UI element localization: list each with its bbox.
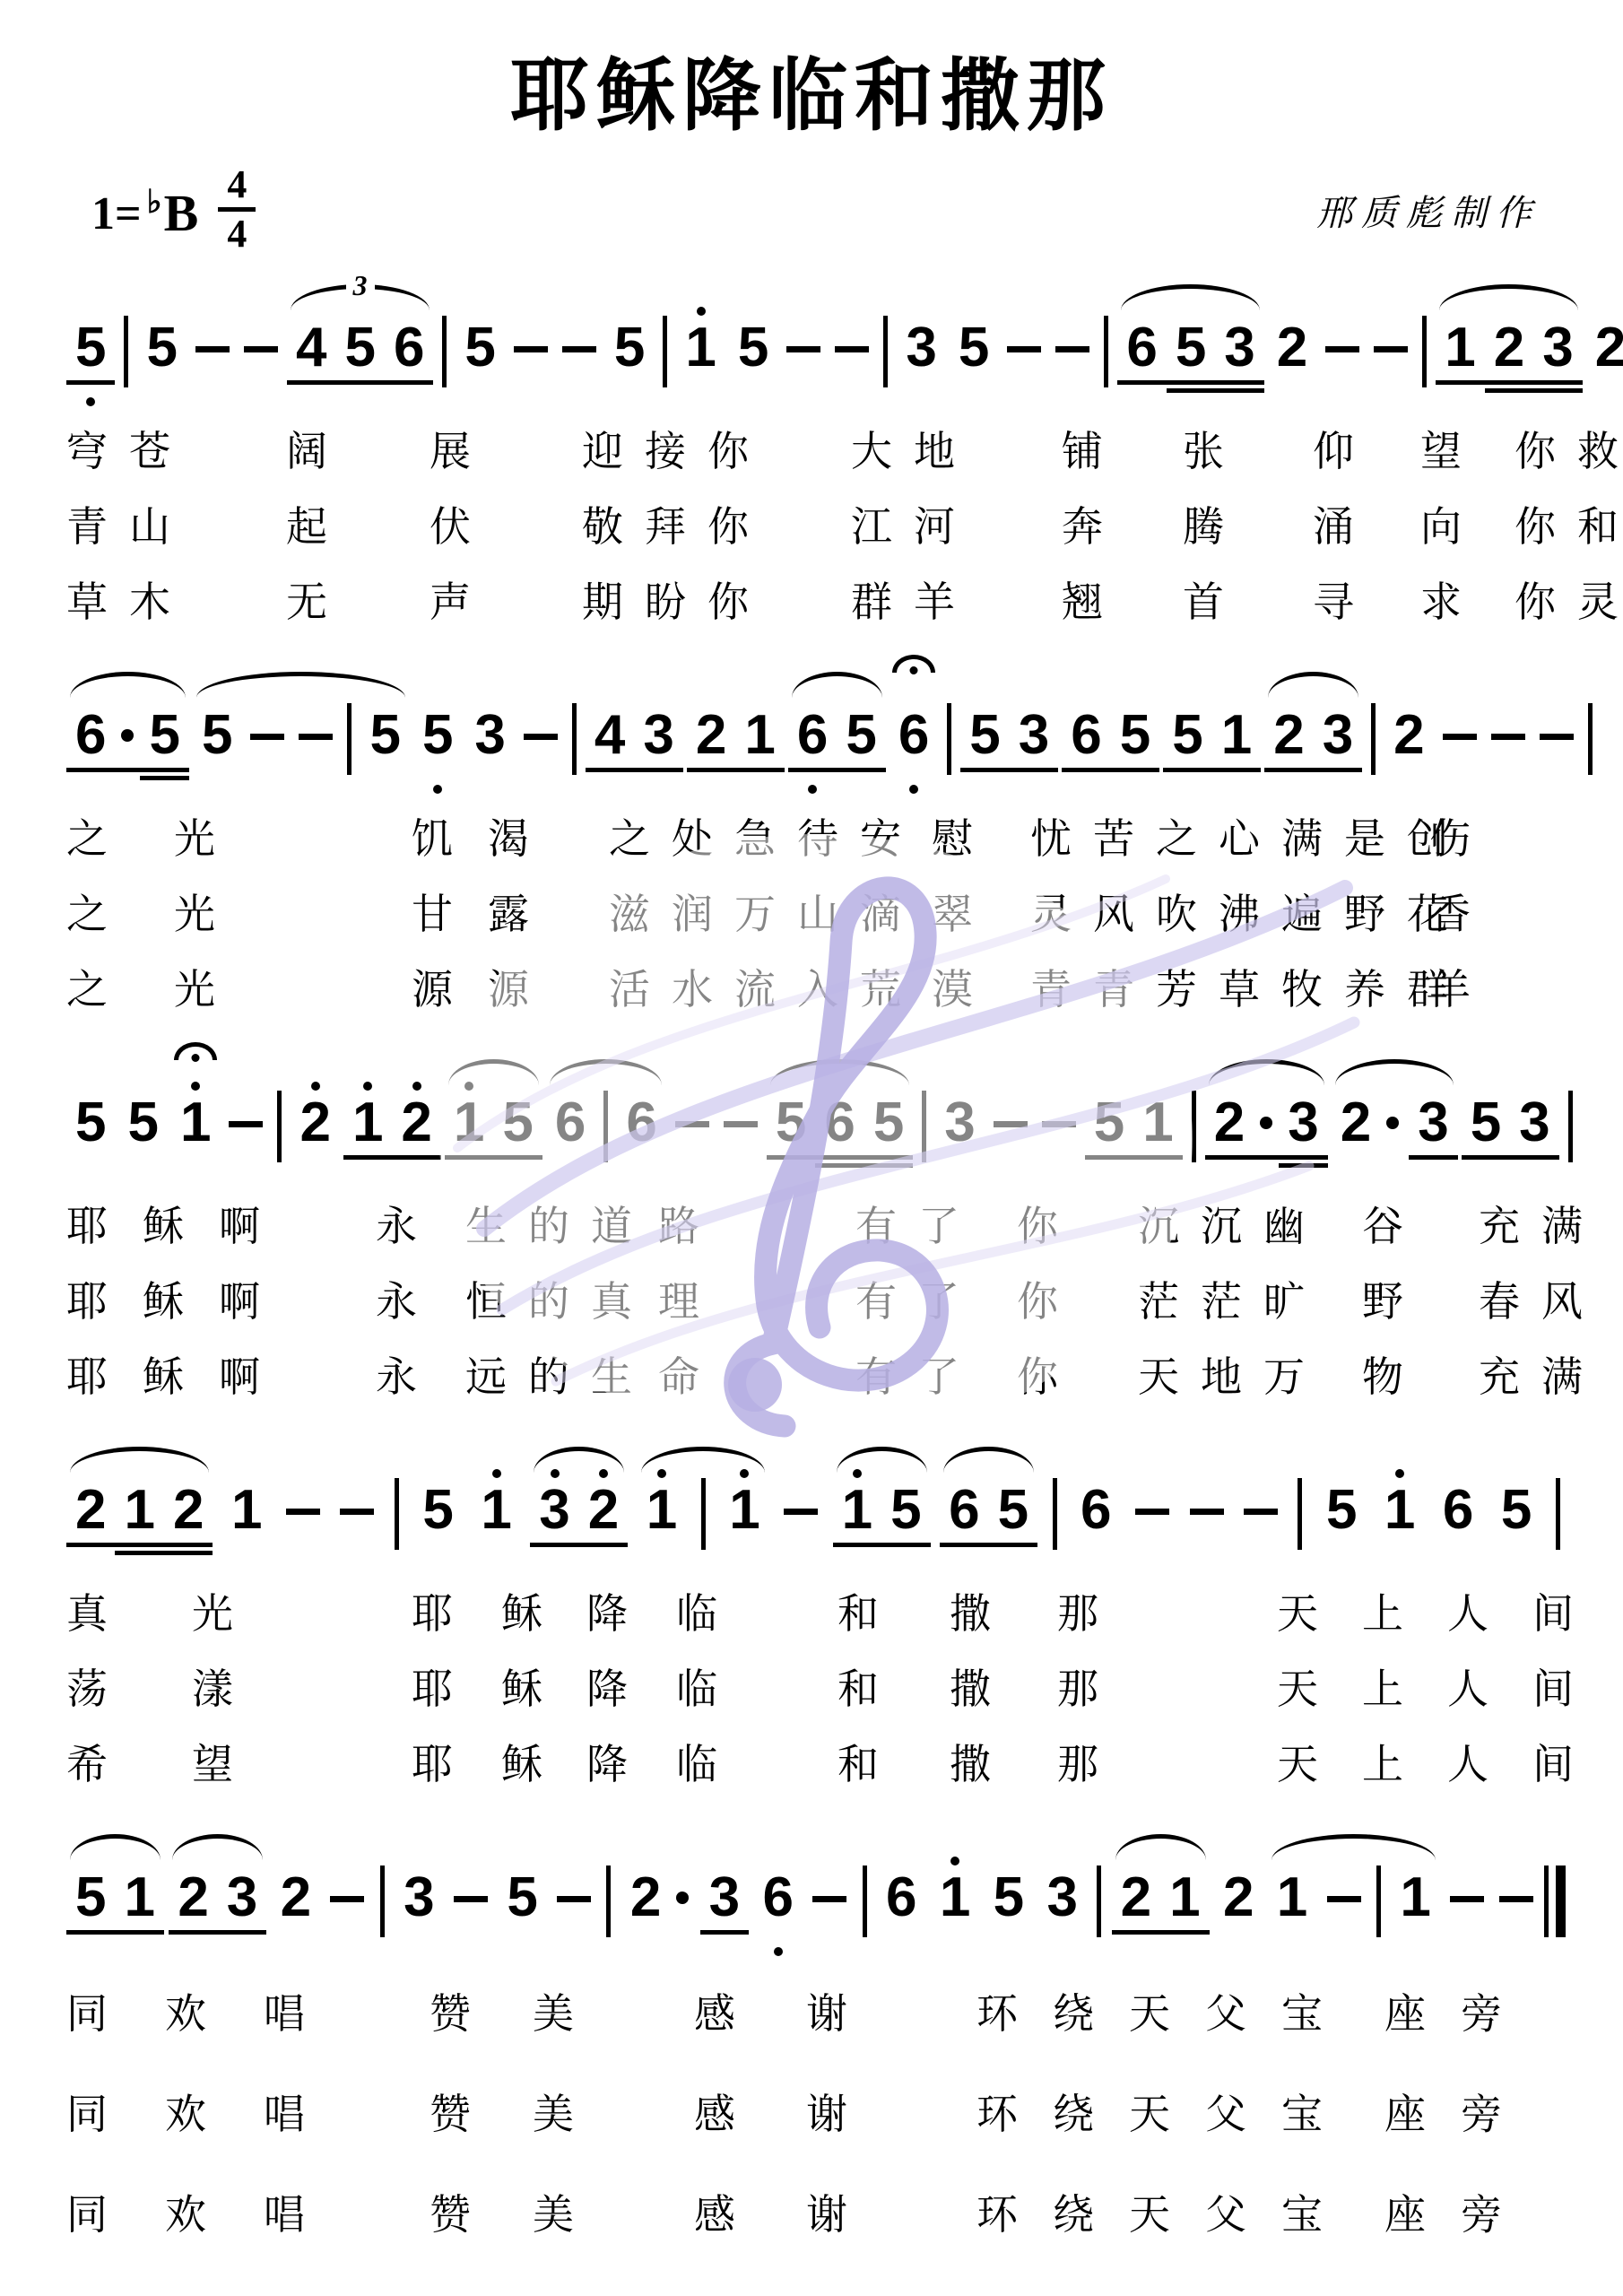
note-digit: 2 [579,1482,628,1539]
octave-dot-below-slot [1314,782,1362,796]
duration-dash [250,734,284,740]
beam-underline-slot [753,1926,802,1944]
note-cluster: 51 [1085,1078,1183,1184]
note-cluster: 1 [472,1465,520,1571]
beam-underline-slot [66,1539,115,1557]
lyric-word: 翘 [1062,570,1183,629]
beam-underline-slot [1462,1152,1510,1170]
slur-arc [70,672,186,698]
note-digit: 2 [164,1482,213,1539]
lyric-word: 仰 [1313,419,1420,478]
note-cluster: 23 [1264,691,1362,796]
beam-underline-slot [890,764,938,782]
note-digit: 3 [1215,319,1263,377]
barline [277,1091,282,1162]
octave-dot-below-slot [1163,782,1211,796]
eighth-beam-line [1111,768,1159,772]
lyric-word: 荡 [66,1657,192,1716]
lyric-word: 稣 [143,1194,219,1253]
eighth-beam-line [164,1543,213,1547]
octave-dot-below-slot [1376,1557,1424,1571]
lyric-word: 之 [66,882,174,941]
lyric-word: 物 [1362,1344,1479,1404]
note-cluster: 32 [530,1465,628,1571]
octave-dot-below-slot [1533,395,1582,409]
octave-dot-below-slot [985,1944,1033,1959]
eighth-beam-line [634,768,682,772]
octave-dot-below-slot [788,782,837,796]
lyric-word: 美 [533,2082,694,2141]
note-segment: 2 [291,1078,339,1184]
beam-underline-slot [1380,1152,1405,1170]
high-octave-dot [412,1082,421,1091]
lyric-word: 你 [1017,1344,1138,1404]
high-octave-dot [363,1082,372,1091]
low-octave-dot [433,785,442,794]
note-digit: 1 [638,1482,686,1539]
lyric-word: 漠 [932,957,1030,1016]
note-digit: 5 [456,319,504,377]
note-digit: 3 [530,1482,578,1539]
lyric-word: 有了 [855,1194,1017,1253]
beam-underline-slot [193,764,241,782]
note-cluster: 6 [890,691,938,796]
note-digit: 4 [586,707,634,764]
barline [1376,1865,1381,1937]
duration-dash [330,1896,364,1902]
lyric-word: 声 [430,570,582,629]
final-bar-thin [1544,1865,1549,1937]
octave-dot-below-slot [950,395,998,409]
lyric-word: 环 [976,1981,1053,2040]
duration-dash [1007,346,1041,352]
lyric-word: 羊 [1429,957,1623,1016]
note-cluster: 1 [676,303,725,409]
note-cluster: 53 [960,691,1058,796]
barline [1371,703,1376,775]
note-digit: 5 [1492,1482,1541,1539]
beam-underline-slot [1062,764,1110,782]
lyric-word: 上 [1362,1657,1447,1716]
note-digit: 6 [1434,1482,1482,1539]
octave-dot-below-slot [579,1557,628,1571]
note-digit: 1 [115,1482,163,1539]
note-segment: 6 [815,1078,864,1184]
augmentation-dot [670,1869,695,1926]
lyric-word: 有了 [855,1269,1017,1328]
note-cluster: 5 [456,303,504,409]
beam-underline-slot [1533,377,1582,395]
note-segment [1380,1078,1405,1184]
low-octave-dot [774,1947,783,1956]
note-cluster: 23 [1205,1078,1328,1184]
slur-arc [792,672,882,698]
octave-dot-below-slot [169,1944,217,1959]
beam-underline-slot [1391,1926,1439,1944]
slur-arc [1271,1834,1436,1860]
octave-dot-below-slot [617,1170,665,1184]
lyric-word: 临 [676,1581,838,1640]
eighth-beam-line [1167,380,1215,385]
duration-dash [229,1121,263,1127]
note-digit: 3 [1510,1094,1558,1152]
beam-underline-slot [1112,1926,1160,1944]
duration-dash [524,734,558,740]
barline [701,1478,706,1550]
beam-underline-slot [950,377,998,395]
note-segment: 4 [586,691,634,796]
note-digit: 5 [985,1869,1033,1926]
note-digit: 2 [1214,1869,1263,1926]
note-segment: 3 [218,1853,266,1959]
song-title: 耶稣降临和撒那 [0,0,1623,147]
final-barline [1544,1865,1566,1937]
lyric-word: 座 [1384,1981,1461,2040]
lyric-word: 环 [976,2082,1053,2141]
note-digit: 5 [950,319,998,377]
beam-underline-slot [1072,1539,1120,1557]
lyric-word: 啊 [219,1269,376,1328]
lyric-word: 座 [1384,2182,1461,2241]
eighth-beam-line [1485,380,1533,385]
beam-underline-slot [66,377,115,395]
eighth-beam-line [1010,768,1058,772]
lyric-word: 路 [658,1194,855,1253]
lyric-word: 感 [694,2082,806,2141]
sixteenth-beam-line [115,1551,163,1555]
sixteenth-beam-line [864,1163,913,1168]
note-segment: 5 [864,1078,913,1184]
octave-dot-below-slot [1380,1170,1405,1184]
lyric-word: 同 [66,2082,165,2141]
low-octave-dot [909,785,918,794]
lyric-word: 铺 [1062,419,1183,478]
note-cluster: 21 [1112,1853,1210,1959]
duration-dash [1374,346,1408,352]
lyric-word: 展 [430,419,582,478]
lyric-word: 人 [1447,1732,1532,1791]
lyric-word: 之 [66,806,174,865]
eighth-beam-line [815,1155,864,1160]
note-segment: 5 [1462,1078,1510,1184]
note-segment: 1 [735,691,784,796]
beam-underline-slot [735,764,784,782]
octave-dot-below-slot [1279,1170,1327,1184]
note-segment: 2 [1112,1853,1160,1959]
lyric-word: 腾 [1183,494,1313,553]
music-line-4: 2121513211156565165 [65,1435,1567,1571]
octave-dot-below-slot [670,1944,695,1959]
note-segment: 1 [1212,691,1261,796]
octave-dot-below-slot [546,1170,595,1184]
beam-underline-slot [66,764,115,782]
beam-underline-slot [465,764,514,782]
note-cluster: 1 [171,1078,220,1184]
lyric-word: 奔 [1062,494,1183,553]
note-cluster: 1 [222,1465,271,1571]
octave-dot-below-slot [753,1944,802,1959]
note-segment: 5 [498,1853,546,1959]
fermata-dot [910,666,918,674]
note-digit: 3 [935,1094,984,1152]
lyric-word: 欢 [165,1981,264,2040]
note-digit: 6 [1062,707,1110,764]
beam-underline-slot [291,1152,339,1170]
lyric-word: 降 [586,1581,676,1640]
note-segment: 3 [1215,303,1263,409]
lyric-word: 源 [488,957,609,1016]
note-cluster: 1 [720,1465,768,1571]
lyric-word: 天 [1129,2082,1205,2141]
high-octave-dot [950,1857,959,1865]
slur-arc [1335,1059,1454,1085]
note-digit: 2 [1586,319,1623,377]
octave-dot-below-slot [989,1557,1037,1571]
note-segment: 3 [1037,1853,1086,1959]
beam-underline-slot [1332,1152,1380,1170]
octave-dot-below-slot [360,782,409,796]
eighth-beam-line [392,1155,440,1160]
beam-underline-slot [140,764,188,782]
beam-underline-slot [385,377,433,395]
lyric-row-verse-3: 之光源源活水流入荒漠青青芳草牧养群羊 [0,949,1623,1024]
barline [1097,1865,1101,1937]
note-cluster: 5 [118,1078,167,1184]
note-segment: 6 [546,1078,595,1184]
note-segment: 5 [193,691,241,796]
lyric-row-verse-2: 荡漾耶稣降临和撒那天上人间 [0,1648,1623,1724]
lyric-word: 临 [676,1732,838,1791]
lyric-word: 欢 [165,2082,264,2141]
lyric-word: 滋润万山滴 [609,882,932,941]
lyric-word: 沉沉幽 [1138,1194,1362,1253]
note-digit: 3 [395,1869,443,1926]
beam-underline-slot [579,1539,628,1557]
lyric-word: 你 [1017,1194,1138,1253]
tonic-label: 1= [91,187,142,241]
lyric-word: 感 [694,2182,806,2241]
note-cluster: 212 [66,1465,213,1571]
note-segment: 3 [1314,691,1362,796]
beam-underline-slot [137,377,186,395]
note-digit: 5 [1111,707,1159,764]
beam-underline-slot [171,1152,220,1170]
lyric-word: 人 [1447,1581,1532,1640]
octave-dot-below-slot [171,1170,220,1184]
note-cluster: 2 [272,1853,320,1959]
note-segment: 3 [465,691,514,796]
lyric-word: 大地 [851,419,1062,478]
beam-underline-slot [445,1152,493,1170]
octave-dot-below-slot [729,395,777,409]
beam-underline-slot [634,764,682,782]
beam-underline-slot [115,764,140,782]
octave-dot-below-slot [218,1944,266,1959]
note-cluster: 2 [1268,303,1316,409]
slur-arc [448,1059,539,1085]
eighth-beam-line [700,1930,749,1935]
barline [922,1091,926,1162]
note-digit: 6 [877,1869,925,1926]
note-cluster: 1 [931,1853,979,1959]
note-digit: 5 [413,1482,462,1539]
lyric-word: 宝 [1281,2082,1384,2141]
eighth-beam-line [864,1155,913,1160]
eighth-beam-line [140,768,188,772]
note-segment: 2 [1384,691,1433,796]
lyric-word: 希 [66,1732,192,1791]
octave-dot-below-slot [335,395,384,409]
lyric-word: 绕 [1053,2182,1129,2241]
note-segment: 2 [621,1853,670,1959]
eighth-beam-line [115,1930,163,1935]
note-digit: 1 [1133,1094,1182,1152]
eighth-beam-line [837,768,885,772]
octave-dot-below-slot [395,1944,443,1959]
octave-dot-below-slot [343,1170,392,1184]
lyric-word: 之处急待安 [609,806,932,865]
note-cluster: 43 [586,691,683,796]
eighth-beam-line [788,768,837,772]
note-digit: 5 [989,1482,1037,1539]
note-digit: 2 [66,1482,115,1539]
beam-underline-slot [413,1539,462,1557]
note-digit: 3 [700,1869,749,1926]
note-digit: 5 [193,707,241,764]
slur-arc [172,1834,263,1860]
note-cluster: 6 [546,1078,595,1184]
beam-underline-slot [66,1926,115,1944]
note-cluster: 12 [343,1078,441,1184]
note-segment: 5 [989,1465,1037,1571]
lyric-word: 谷 [1362,1194,1479,1253]
barline [883,316,888,387]
duration-dash [286,1509,320,1515]
barline [380,1865,385,1937]
note-segment: 1 [343,1078,392,1184]
lyric-word: 耶 [66,1194,143,1253]
note-digit: 3 [218,1869,266,1926]
lyric-word: 真 [66,1581,192,1640]
note-segment: 6 [66,691,115,796]
note-digit: 2 [291,1094,339,1152]
lyric-word: 绕 [1053,1981,1129,2040]
beam-underline-slot [833,1539,881,1557]
note-segment: 1 [472,1465,520,1571]
barline [1298,1478,1302,1550]
octave-dot-below-slot [676,395,725,409]
tuplet-number: 3 [346,269,375,302]
eighth-beam-line [169,1930,217,1935]
eighth-beam-line [218,1930,266,1935]
lyric-word: 向 [1420,494,1515,553]
beam-underline-slot [935,1152,984,1170]
lyric-word: 那 [1057,1581,1277,1640]
lyric-word: 旁 [1461,1981,1623,2040]
key-signature: 1=♭B 4 4 [91,165,256,241]
slur-arc [550,1059,662,1085]
eighth-beam-line [445,1155,493,1160]
lyric-word: 充满 [1479,1344,1623,1404]
octave-dot-below-slot [1332,1170,1380,1184]
beam-underline-slot [1117,377,1166,395]
lyric-word: 漾 [192,1657,412,1716]
eighth-beam-line [735,768,784,772]
octave-dot-below-slot [1085,1170,1133,1184]
note-segment: 3 [897,303,945,409]
octave-dot-below-slot [687,782,735,796]
lyric-word: 穹苍 [66,419,286,478]
eighth-beam-line [1264,768,1313,772]
octave-dot-below-slot [115,1557,163,1571]
note-digit: 3 [1037,1869,1086,1926]
beam-underline-slot [343,1152,392,1170]
lyric-word: 父 [1205,2082,1281,2141]
duration-dash [1135,1509,1169,1515]
lyric-word: 那 [1057,1657,1277,1716]
beam-underline-slot [493,1152,542,1170]
eighth-beam-line [343,1155,392,1160]
note-cluster: 23 [169,1853,266,1959]
key-letter: B [164,186,199,241]
high-octave-dot [1395,1469,1404,1478]
note-cluster: 5 [66,303,115,409]
beam-underline-slot [1376,1539,1424,1557]
slur-arc [641,1447,765,1473]
duration-dash [557,1896,591,1902]
note-cluster: 5 [137,303,186,409]
note-cluster: 5 [950,303,998,409]
note-segment: 5 [1163,691,1211,796]
eighth-beam-line [767,1155,815,1160]
octave-dot-below-slot [720,1557,768,1571]
note-cluster: 3 [1037,1853,1086,1959]
lyric-word: 稣 [143,1269,219,1328]
octave-dot-below-slot [940,1557,988,1571]
sixteenth-beam-line [815,1163,864,1168]
beam-underline-slot [729,377,777,395]
eighth-beam-line [66,1543,115,1547]
octave-dot-below-slot [1254,1170,1279,1184]
lyric-word: 环 [976,2182,1053,2241]
note-digit: 2 [1205,1094,1254,1152]
note-digit: 6 [788,707,837,764]
note-digit: 3 [1533,319,1582,377]
note-cluster: 5 [1492,1465,1541,1571]
beam-underline-slot [1492,1539,1541,1557]
fermata-dot [192,1054,200,1062]
beam-underline-slot [940,1539,988,1557]
octave-dot-below-slot [445,1170,493,1184]
note-cluster: 6 [753,1853,802,1959]
note-cluster: 65 [66,691,189,796]
beam-underline-slot [456,377,504,395]
octave-dot-below-slot [1462,1170,1510,1184]
octave-dot-below-slot [1205,1170,1254,1184]
lyric-word: 天 [1277,1581,1362,1640]
lyric-word: 降 [586,1732,676,1791]
duration-dash [1499,1896,1533,1902]
barline [395,1478,399,1550]
eighth-beam-line [335,380,384,385]
octave-dot-below-slot [1268,395,1316,409]
eighth-beam-line [940,1543,988,1547]
lyric-word: 同 [66,2182,165,2241]
eighth-beam-line [287,380,335,385]
note-segment: 2 [687,691,735,796]
lyric-word: 恒的真 [465,1269,658,1328]
note-segment: 6 [788,691,837,796]
